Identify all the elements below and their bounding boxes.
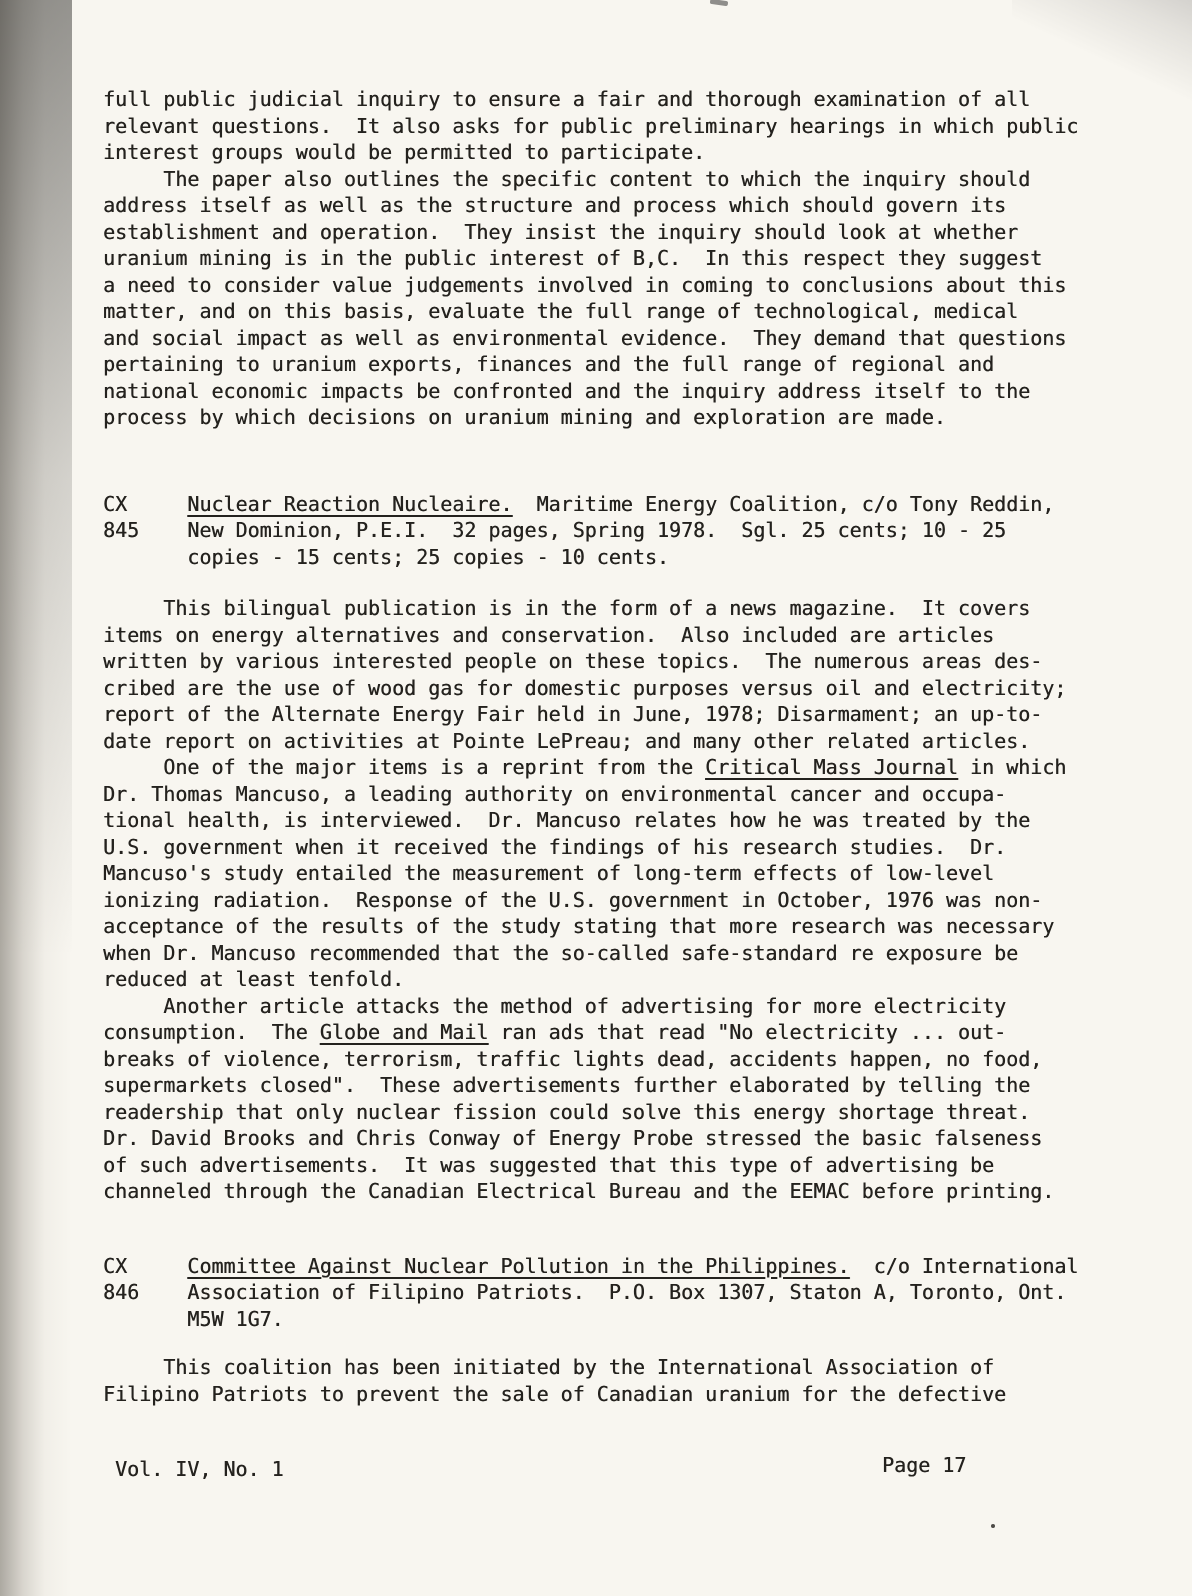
text-line: full public judicial inquiry to ensure a… <box>103 86 1134 113</box>
text-line: acceptance of the results of the study s… <box>103 913 1134 940</box>
text-line: when Dr. Mancuso recommended that the so… <box>103 940 1134 967</box>
text-line: and social impact as well as environment… <box>103 325 1134 352</box>
text-line: of such advertisements. It was suggested… <box>103 1152 1134 1179</box>
text-line: copies - 15 cents; 25 copies - 10 cents. <box>103 544 1134 571</box>
closing-paragraph: This coalition has been initiated by the… <box>103 1354 1134 1407</box>
text-line: U.S. government when it received the fin… <box>103 834 1134 861</box>
underlined-title: Globe and Mail <box>320 1020 489 1044</box>
text-line: Another article attacks the method of ad… <box>103 993 1134 1020</box>
entry-cx-846: CX Committee Against Nuclear Pollution i… <box>103 1253 1134 1333</box>
scan-speck <box>710 0 729 6</box>
text-line: reduced at least tenfold. <box>103 966 1134 993</box>
text-line: a need to consider value judgements invo… <box>103 272 1134 299</box>
underlined-title: Critical Mass Journal <box>705 755 958 779</box>
text-line: CX Nuclear Reaction Nucleaire. Maritime … <box>103 491 1134 518</box>
text-line: breaks of violence, terrorism, traffic l… <box>103 1046 1134 1073</box>
text-line: readership that only nuclear fission cou… <box>103 1099 1134 1126</box>
scanned-document-page: full public judicial inquiry to ensure a… <box>0 0 1192 1596</box>
text-line: relevant questions. It also asks for pub… <box>103 113 1134 140</box>
text-line: uranium mining is in the public interest… <box>103 245 1134 272</box>
text-line: This coalition has been initiated by the… <box>103 1354 1134 1381</box>
underlined-title: Committee Against Nuclear Pollution in t… <box>187 1254 849 1278</box>
text-line: One of the major items is a reprint from… <box>103 754 1134 781</box>
footer-page-number: Page 17 <box>882 1452 966 1479</box>
text-line: process by which decisions on uranium mi… <box>103 404 1134 431</box>
page-left-edge-shadow <box>0 0 72 1596</box>
text-line: This bilingual publication is in the for… <box>103 595 1134 622</box>
text-line: pertaining to uranium exports, finances … <box>103 351 1134 378</box>
text-line: written by various interested people on … <box>103 648 1134 675</box>
text-line: 845 New Dominion, P.E.I. 32 pages, Sprin… <box>103 517 1134 544</box>
text-line: address itself as well as the structure … <box>103 192 1134 219</box>
text-line: 846 Association of Filipino Patriots. P.… <box>103 1279 1134 1306</box>
document-text: full public judicial inquiry to ensure a… <box>103 86 1134 1407</box>
text-line: channeled through the Canadian Electrica… <box>103 1178 1134 1205</box>
text-line: M5W 1G7. <box>103 1306 1134 1333</box>
text-line: consumption. The Globe and Mail ran ads … <box>103 1019 1134 1046</box>
scan-speck <box>991 1524 995 1528</box>
intro-paragraphs: full public judicial inquiry to ensure a… <box>103 86 1134 431</box>
text-line: ionizing radiation. Response of the U.S.… <box>103 887 1134 914</box>
text-line: supermarkets closed". These advertisemen… <box>103 1072 1134 1099</box>
text-line: date report on activities at Pointe LePr… <box>103 728 1134 755</box>
text-line: interest groups would be permitted to pa… <box>103 139 1134 166</box>
text-line: The paper also outlines the specific con… <box>103 166 1134 193</box>
text-line: CX Committee Against Nuclear Pollution i… <box>103 1253 1134 1280</box>
text-line: matter, and on this basis, evaluate the … <box>103 298 1134 325</box>
body-paragraphs: This bilingual publication is in the for… <box>103 595 1134 1205</box>
text-line: establishment and operation. They insist… <box>103 219 1134 246</box>
underlined-title: Nuclear Reaction Nucleaire. <box>187 492 512 516</box>
text-line: items on energy alternatives and conserv… <box>103 622 1134 649</box>
text-line: report of the Alternate Energy Fair held… <box>103 701 1134 728</box>
text-line: cribed are the use of wood gas for domes… <box>103 675 1134 702</box>
text-line: Dr. David Brooks and Chris Conway of Ene… <box>103 1125 1134 1152</box>
entry-cx-845: CX Nuclear Reaction Nucleaire. Maritime … <box>103 491 1134 571</box>
text-line: national economic impacts be confronted … <box>103 378 1134 405</box>
text-line: Filipino Patriots to prevent the sale of… <box>103 1381 1134 1408</box>
text-line: tional health, is interviewed. Dr. Mancu… <box>103 807 1134 834</box>
text-line: Mancuso's study entailed the measurement… <box>103 860 1134 887</box>
text-line: Dr. Thomas Mancuso, a leading authority … <box>103 781 1134 808</box>
footer-volume-label: Vol. IV, No. 1 <box>115 1456 284 1483</box>
